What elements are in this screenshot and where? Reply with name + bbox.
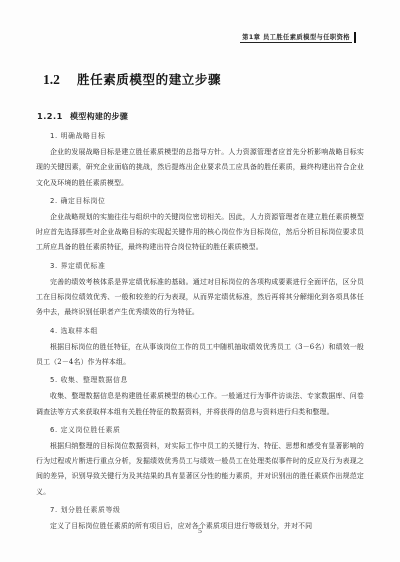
step-heading-4: 4. 选取样本组 [36, 323, 364, 340]
step-heading-1: 1. 明确战略目标 [36, 128, 364, 145]
step-heading-2: 2. 确定目标岗位 [36, 193, 364, 210]
body-text: 1. 明确战略目标 企业的发展战略目标是建立胜任素质模型的总指导方针。人力资源管… [36, 128, 364, 536]
step-heading-6: 6. 定义岗位胜任素质 [36, 422, 364, 439]
section-heading: 1.2 胜任素质模型的建立步骤 [43, 70, 221, 88]
step-paragraph-1: 企业的发展战略目标是建立胜任素质模型的总指导方针。人力资源管理者应首先分析影响战… [36, 145, 364, 191]
step-paragraph-2: 企业战略规划的实施往往与组织中的关键岗位密切相关。因此，人力资源管理者在建立胜任… [36, 210, 364, 256]
subsection-title: 模型构建的步骤 [70, 111, 128, 122]
subsection-heading: 1.2.1 模型构建的步骤 [37, 111, 128, 122]
header-bar-mark [354, 32, 356, 43]
chapter-header-text: 第1章 员工胜任素质模型与任职资格 [240, 32, 352, 43]
step-paragraph-4: 根据目标岗位的胜任特征，在从事该岗位工作的员工中随机抽取绩效优秀员工（3－6名）… [36, 340, 364, 371]
section-number: 1.2 [43, 72, 77, 88]
step-paragraph-5: 收集、整理数据信息是构建胜任素质模型的核心工作。一般通过行为事件访谈法、专家数据… [36, 389, 364, 420]
step-heading-5: 5. 收集、整理数据信息 [36, 372, 364, 389]
step-paragraph-6: 根据归纳整理的目标岗位数据资料，对实际工作中员工的关键行为、特征、思想和感受有显… [36, 439, 364, 500]
step-heading-3: 3. 界定绩优标准 [36, 258, 364, 275]
running-header: 第1章 员工胜任素质模型与任职资格 [240, 31, 356, 43]
step-paragraph-3: 完善的绩效考核体系是界定绩优标准的基础。通过对目标岗位的各项构成要素进行全面评估… [36, 275, 364, 321]
step-heading-7: 7. 划分胜任素质等级 [36, 502, 364, 519]
section-title: 胜任素质模型的建立步骤 [77, 70, 221, 88]
book-page: 第1章 员工胜任素质模型与任职资格 1.2 胜任素质模型的建立步骤 1.2.1 … [0, 0, 400, 562]
page-number: 5 [0, 526, 400, 535]
subsection-number: 1.2.1 [37, 111, 70, 121]
